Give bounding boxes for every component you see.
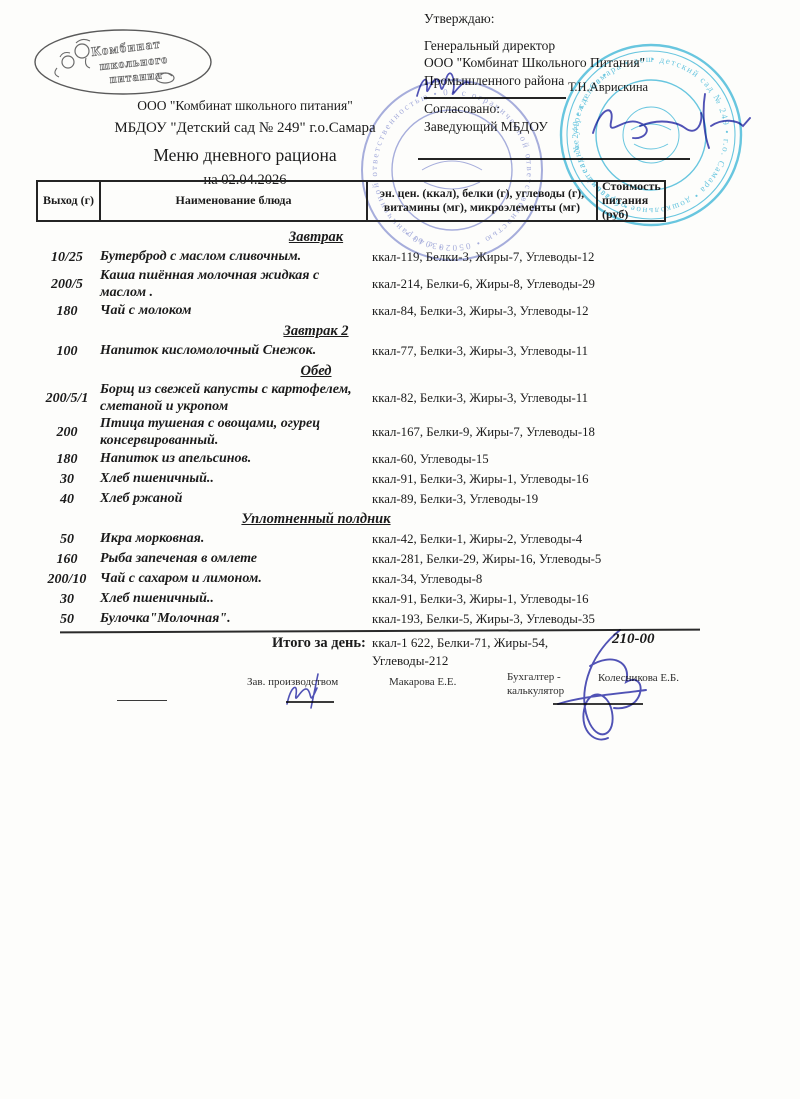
dish-nutrition: ккал-77, Белки-3, Жиры-3, Углеводы-11 [364, 344, 681, 359]
menu-row: 200/5/1Борщ из свежей капусты с картофел… [36, 382, 681, 415]
dish-weight: 50 [36, 612, 98, 628]
dish-weight: 160 [36, 552, 98, 568]
menu-row: 50Икра морковная.ккал-42, Белки-1, Жиры-… [36, 530, 681, 549]
dish-name: Птица тушеная с овощами, огурец консерви… [98, 416, 364, 449]
col-header-nutrition: эн. цен. (ккал), белки (г), углеводы (г)… [366, 182, 596, 220]
dish-weight: 50 [36, 532, 98, 548]
menu-row: 160Рыба запеченая в омлетеккал-281, Белк… [36, 550, 681, 569]
dish-nutrition: ккал-82, Белки-3, Жиры-3, Углеводы-11 [364, 391, 681, 406]
dish-nutrition: ккал-84, Белки-3, Жиры-3, Углеводы-12 [364, 304, 681, 319]
head-signature [585, 88, 760, 160]
dish-weight: 200/5/1 [36, 391, 98, 407]
menu-row: 10/25Бутерброд с маслом сливочным.ккал-1… [36, 248, 681, 267]
logo-child-face-icon [62, 56, 74, 68]
production-manager-name: Макарова Е.Е. [389, 676, 456, 688]
dish-name: Хлеб ржаной [98, 491, 364, 508]
menu-row: 200Птица тушеная с овощами, огурец консе… [36, 416, 681, 449]
dish-nutrition: ккал-193, Белки-5, Жиры-3, Углеводы-35 [364, 612, 681, 627]
logo-child-face-icon [75, 44, 89, 58]
menu-row: 40Хлеб ржанойккал-89, Белки-3, Углеводы-… [36, 490, 681, 509]
dish-name: Бутерброд с маслом сливочным. [98, 249, 364, 266]
section-heading: Завтрак [36, 228, 596, 246]
dish-name: Напиток из апельсинов. [98, 451, 364, 468]
dish-nutrition: ккал-119, Белки-3, Жиры-7, Углеводы-12 [364, 250, 681, 265]
dish-nutrition: ккал-91, Белки-3, Жиры-1, Углеводы-16 [364, 472, 681, 487]
menu-row: 30Хлеб пшеничный..ккал-91, Белки-3, Жиры… [36, 590, 681, 609]
menu-row: 200/10Чай с сахаром и лимоном.ккал-34, У… [36, 570, 681, 589]
dish-weight: 200 [36, 425, 98, 441]
section-heading: Обед [36, 362, 596, 380]
dish-name: Хлеб пшеничный.. [98, 471, 364, 488]
dish-name: Рыба запеченая в омлете [98, 551, 364, 568]
dish-name: Борщ из свежей капусты с картофелем, сме… [98, 382, 364, 415]
dish-weight: 100 [36, 344, 98, 360]
dish-name: Икра морковная. [98, 531, 364, 548]
dish-nutrition: ккал-91, Белки-3, Жиры-1, Углеводы-16 [364, 592, 681, 607]
dish-name: Чай с сахаром и лимоном. [98, 571, 364, 588]
totals-label: Итого за день: [272, 635, 366, 652]
menu-table-header: Выход (г) Наименование блюда эн. цен. (к… [36, 180, 666, 222]
accountant-signature [528, 626, 663, 751]
menu-row: 200/5Каша пшённая молочная жидкая с масл… [36, 268, 681, 301]
dish-name: Напиток кисломолочный Снежок. [98, 343, 364, 360]
dish-name: Чай с молоком [98, 303, 364, 320]
dish-weight: 180 [36, 304, 98, 320]
dish-nutrition: ккал-42, Белки-1, Жиры-2, Углеводы-4 [364, 532, 681, 547]
menu-row: 100Напиток кисломолочный Снежок.ккал-77,… [36, 342, 681, 361]
footer-blank-line [117, 700, 167, 701]
col-header-cost: Стоимость питания (руб) [596, 182, 664, 220]
dish-name: Каша пшённая молочная жидкая с маслом . [98, 268, 364, 301]
dish-weight: 180 [36, 452, 98, 468]
col-header-dish: Наименование блюда [99, 182, 366, 220]
production-signature [281, 668, 339, 714]
dish-weight: 30 [36, 592, 98, 608]
dish-nutrition: ккал-167, Белки-9, Жиры-7, Углеводы-18 [364, 425, 681, 440]
col-header-weight: Выход (г) [38, 182, 99, 220]
section-heading: Уплотненный полдник [36, 510, 596, 528]
menu-body: Завтрак10/25Бутерброд с маслом сливочным… [36, 227, 681, 630]
document-page: Комбинат школьного питания ООО "Комбинат… [0, 0, 800, 1099]
menu-row: 30Хлеб пшеничный..ккал-91, Белки-3, Жиры… [36, 470, 681, 489]
dish-nutrition: ккал-281, Белки-29, Жиры-16, Углеводы-5 [364, 552, 681, 567]
dish-weight: 10/25 [36, 250, 98, 266]
approve-label: Утверждаю: [424, 10, 724, 28]
section-heading: Завтрак 2 [36, 322, 596, 340]
dish-weight: 40 [36, 492, 98, 508]
dish-nutrition: ккал-34, Углеводы-8 [364, 572, 681, 587]
dish-nutrition: ккал-60, Углеводы-15 [364, 452, 681, 467]
company-logo: Комбинат школьного питания [30, 26, 216, 102]
dish-nutrition: ккал-89, Белки-3, Углеводы-19 [364, 492, 681, 507]
director-signature [413, 66, 488, 108]
dish-weight: 200/5 [36, 277, 98, 293]
dish-weight: 30 [36, 472, 98, 488]
dish-name: Хлеб пшеничный.. [98, 591, 364, 608]
menu-row: 180Напиток из апельсинов.ккал-60, Углево… [36, 450, 681, 469]
dish-weight: 200/10 [36, 572, 98, 588]
menu-row: 180Чай с молокомккал-84, Белки-3, Жиры-3… [36, 302, 681, 321]
dish-nutrition: ккал-214, Белки-6, Жиры-8, Углеводы-29 [364, 277, 681, 292]
dish-name: Булочка"Молочная". [98, 611, 364, 628]
